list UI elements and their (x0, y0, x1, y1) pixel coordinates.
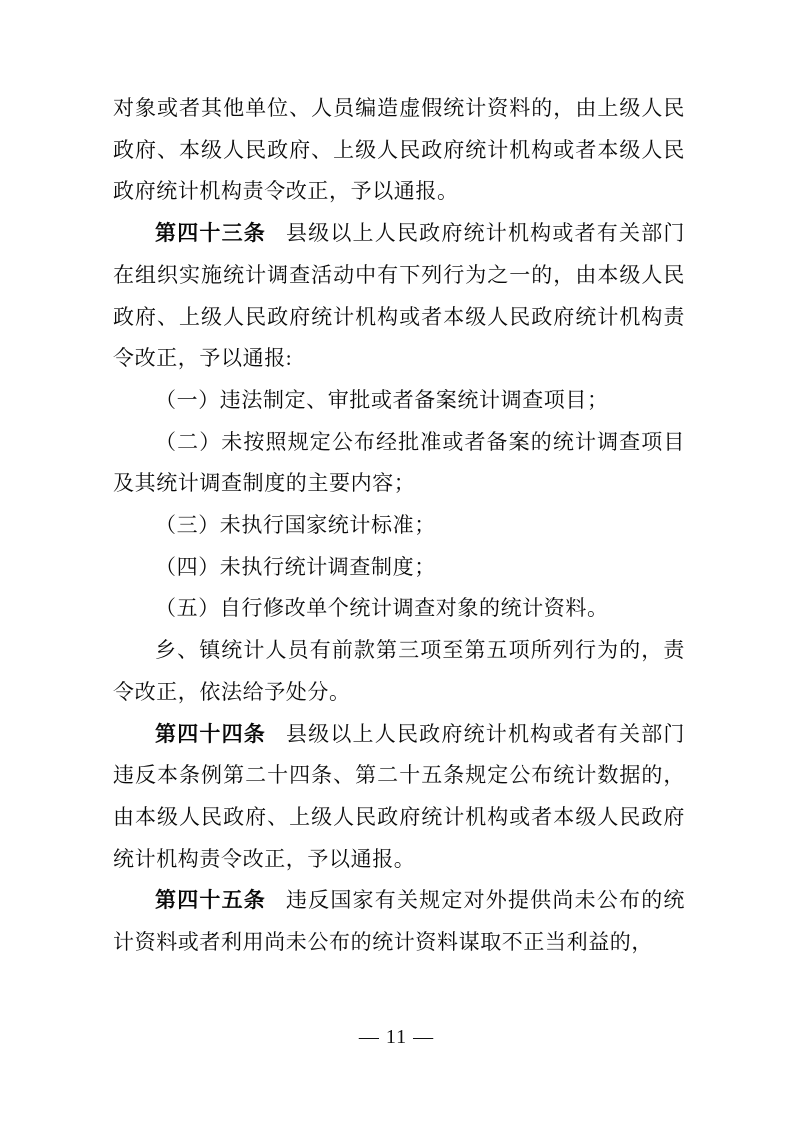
paragraph: 第四十四条县级以上人民政府统计机构或者有关部门违反本条例第二十四条、第二十五条规… (113, 714, 685, 881)
paragraph: 乡、镇统计人员有前款第三项至第五项所列行为的，责令改正，依法给予处分。 (113, 630, 685, 713)
paragraph: 第四十五条违反国家有关规定对外提供尚未公布的统计资料或者利用尚未公布的统计资料谋… (113, 880, 685, 963)
list-item: （四）未执行统计调查制度； (113, 547, 685, 589)
article-heading: 第四十五条 (155, 888, 266, 912)
article-heading: 第四十四条 (155, 722, 266, 746)
paragraph-text: （四）未执行统计调查制度； (155, 555, 436, 579)
page-footer: — 11 — (0, 1026, 793, 1049)
article-heading: 第四十三条 (155, 221, 266, 245)
list-item: （三）未执行国家统计标准； (113, 505, 685, 547)
document-page: 对象或者其他单位、人员编造虚假统计资料的，由上级人民政府、本级人民政府、上级人民… (0, 0, 793, 1122)
paragraph-text: （二）未按照规定公布经批准或者备案的统计调查项目及其统计调查制度的主要内容； (113, 430, 685, 496)
document-body: 对象或者其他单位、人员编造虚假统计资料的，由上级人民政府、本级人民政府、上级人民… (113, 88, 685, 964)
list-item: （五）自行修改单个统计调查对象的统计资料。 (113, 588, 685, 630)
list-item: （一）违法制定、审批或者备案统计调查项目； (113, 380, 685, 422)
list-item: （二）未按照规定公布经批准或者备案的统计调查项目及其统计调查制度的主要内容； (113, 422, 685, 505)
paragraph: 第四十三条县级以上人民政府统计机构或者有关部门在组织实施统计调查活动中有下列行为… (113, 213, 685, 380)
paragraph-text: （一）违法制定、审批或者备案统计调查项目； (155, 388, 609, 412)
paragraph-text: 乡、镇统计人员有前款第三项至第五项所列行为的，责令改正，依法给予处分。 (113, 638, 685, 704)
page-number: — 11 — (359, 1026, 434, 1048)
paragraph: 对象或者其他单位、人员编造虚假统计资料的，由上级人民政府、本级人民政府、上级人民… (113, 88, 685, 213)
paragraph-text: 对象或者其他单位、人员编造虚假统计资料的，由上级人民政府、本级人民政府、上级人民… (113, 96, 685, 203)
paragraph-text: （五）自行修改单个统计调查对象的统计资料。 (155, 596, 609, 620)
paragraph-text: （三）未执行国家统计标准； (155, 513, 436, 537)
